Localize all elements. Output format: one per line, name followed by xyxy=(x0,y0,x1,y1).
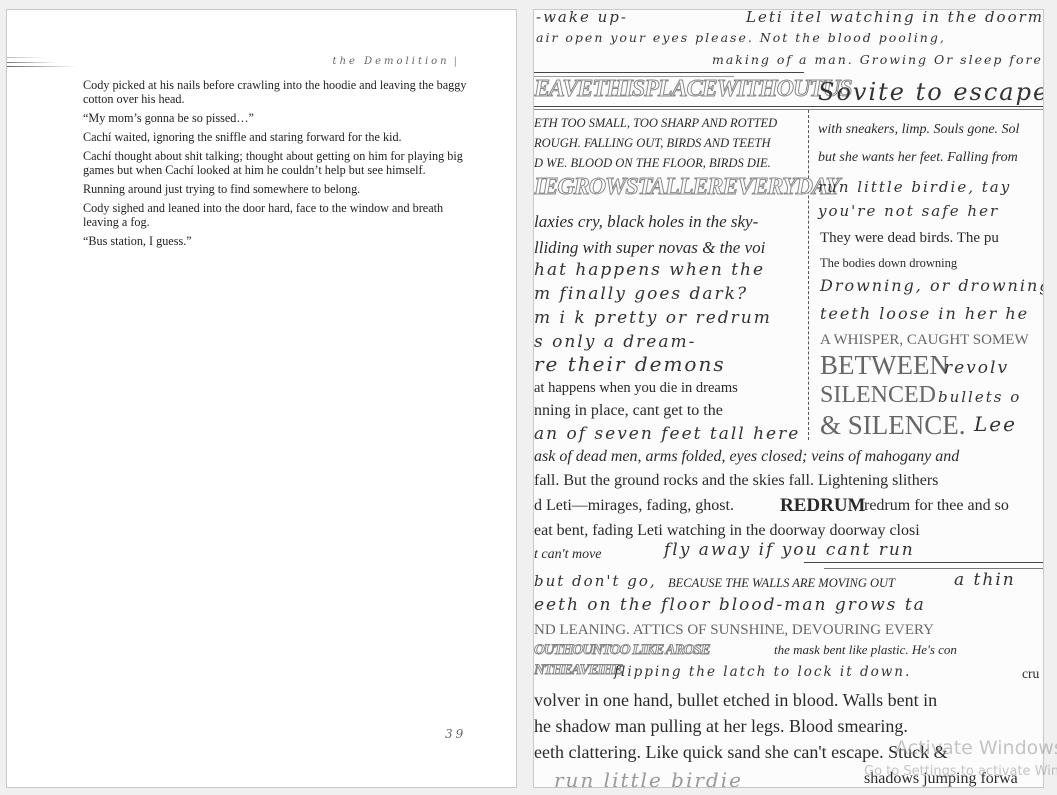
running-head-title: the Demolition xyxy=(333,56,450,67)
paragraph: “My mom’s gonna be so pissed…” xyxy=(83,111,469,125)
paragraph: Cachí thought about shit talking; though… xyxy=(83,149,469,177)
collage-text: They were dead birds. The pu xyxy=(820,230,999,247)
collage-text: but she wants her feet. Falling from xyxy=(818,150,1018,166)
collage-text: redrum for thee and so xyxy=(864,497,1009,515)
rule-line xyxy=(534,106,1044,107)
collage-text: ND LEANING. ATTICS OF SUNSHINE, DEVOURIN… xyxy=(534,622,934,639)
collage-text: laxies cry, black holes in the sky- xyxy=(534,212,758,232)
collage-text: nning in place, cant get to the xyxy=(534,402,723,420)
activate-windows-title: Activate Windows xyxy=(895,737,1057,759)
collage-text: he shadow man pulling at her legs. Blood… xyxy=(534,716,908,737)
collage-text: m finally goes dark? xyxy=(534,284,748,304)
collage-text: you're not safe her xyxy=(818,202,999,220)
collage-text: eeth clattering. Like quick sand she can… xyxy=(534,742,948,763)
collage-text: Sovite to escape xyxy=(818,78,1044,106)
collage-text: volver in one hand, bullet etched in blo… xyxy=(534,690,937,711)
collage-text: teeth loose in her he xyxy=(820,304,1029,323)
rule-line xyxy=(534,109,1044,110)
collage-text: t can't move xyxy=(534,547,602,563)
collage-text: Drowning, or drowning xyxy=(820,276,1044,295)
paragraph: “Bus station, I guess.” xyxy=(83,234,469,248)
collage-text: hat happens when the xyxy=(534,260,765,280)
rule-line xyxy=(824,568,1044,569)
decorative-rule xyxy=(7,62,57,63)
body-text: Cody picked at his nails before crawling… xyxy=(83,78,469,253)
collage-text: d Leti—mirages, fading, ghost. xyxy=(534,497,734,515)
collage-text: BECAUSE THE WALLS ARE MOVING OUT xyxy=(668,576,895,591)
collage-text: re their demons xyxy=(534,352,726,376)
collage-text: REDRUM xyxy=(780,495,866,517)
right-page-collage: -wake up-Leti itel watching in the doorm… xyxy=(533,9,1044,788)
collage-text: A WHISPER, CAUGHT SOMEW xyxy=(820,332,1029,349)
activate-windows-subtitle: Go to Settings to activate Windows. xyxy=(864,764,1057,779)
rule-line xyxy=(534,72,804,73)
collage-text: EAVETHISPLACEWITHOUTUS xyxy=(534,76,852,103)
running-head-mark: | xyxy=(454,56,457,67)
collage-text: at happens when you die in dreams xyxy=(534,380,738,397)
collage-text: revolv xyxy=(944,358,1009,378)
collage-text: BETWEEN xyxy=(820,350,949,381)
collage-text: -wake up- xyxy=(536,9,628,26)
collage-text: eat bent, fading Leti watching in the do… xyxy=(534,522,920,540)
collage-text: IEGROWSTALLEREVERYDAY xyxy=(534,174,839,201)
collage-text: fall. But the ground rocks and the skies… xyxy=(534,472,938,490)
collage-text: with sneakers, limp. Souls gone. Sol xyxy=(818,122,1019,138)
collage-text: air open your eyes please. Not the blood… xyxy=(536,30,946,45)
collage-text: The bodies down drowning xyxy=(820,256,957,271)
collage-text: & SILENCE. xyxy=(820,410,966,441)
running-head: the Demolition| xyxy=(307,56,457,67)
collage-text: SILENCED xyxy=(820,382,936,409)
collage-text: fly away if you cant run xyxy=(664,540,915,560)
collage-text: making of a man. Growing Or sleep foreve… xyxy=(712,52,1044,67)
collage-text: a thin xyxy=(954,570,1016,590)
paragraph: Running around just trying to find somew… xyxy=(83,182,469,196)
collage-text: ROUGH. FALLING OUT, BIRDS AND TEETH xyxy=(534,136,770,151)
collage-text: NTHEAVEIHE xyxy=(534,662,622,679)
decorative-rule xyxy=(7,66,77,67)
collage-text: D WE. BLOOD ON THE FLOOR, BIRDS DIE. xyxy=(534,156,771,171)
dotted-divider xyxy=(808,110,809,440)
collage-text: run little birdie xyxy=(554,768,743,788)
paragraph: Cody picked at his nails before crawling… xyxy=(83,78,469,106)
collage-text: but don't go, xyxy=(534,572,657,590)
left-page: the Demolition| Cody picked at his nails… xyxy=(6,9,517,788)
paragraph: Cachí waited, ignoring the sniffle and s… xyxy=(83,130,469,144)
collage-text: s only a dream- xyxy=(534,332,696,352)
collage-text: run little birdie, tay xyxy=(818,178,1011,196)
collage-text: flipping the latch to lock it down. xyxy=(614,664,911,680)
collage-text: Leti itel watching in the doorma xyxy=(746,9,1044,26)
collage-text: bullets o xyxy=(938,388,1021,406)
collage-text: Lee xyxy=(974,412,1017,436)
rule-line xyxy=(804,562,1044,563)
collage-text: an of seven feet tall here xyxy=(534,424,800,444)
paragraph: Cody sighed and leaned into the door har… xyxy=(83,201,469,229)
collage-text: OUTHOUNTOO LIKE AROSE xyxy=(534,642,710,659)
collage-text: lliding with super novas & the voi xyxy=(534,238,765,258)
collage-text: m i k pretty or redrum xyxy=(534,308,772,328)
collage-text: eeth on the floor blood-man grows ta xyxy=(534,595,926,615)
collage-text: ETH TOO SMALL, TOO SHARP AND ROTTED xyxy=(534,116,777,131)
page-number: 39 xyxy=(445,727,466,741)
collage-text: cru xyxy=(1022,666,1039,682)
collage-text: ask of dead men, arms folded, eyes close… xyxy=(534,448,959,466)
text-collage-art: -wake up-Leti itel watching in the doorm… xyxy=(534,10,1043,787)
decorative-rule xyxy=(7,57,47,58)
collage-text: the mask bent like plastic. He's con xyxy=(774,642,957,658)
